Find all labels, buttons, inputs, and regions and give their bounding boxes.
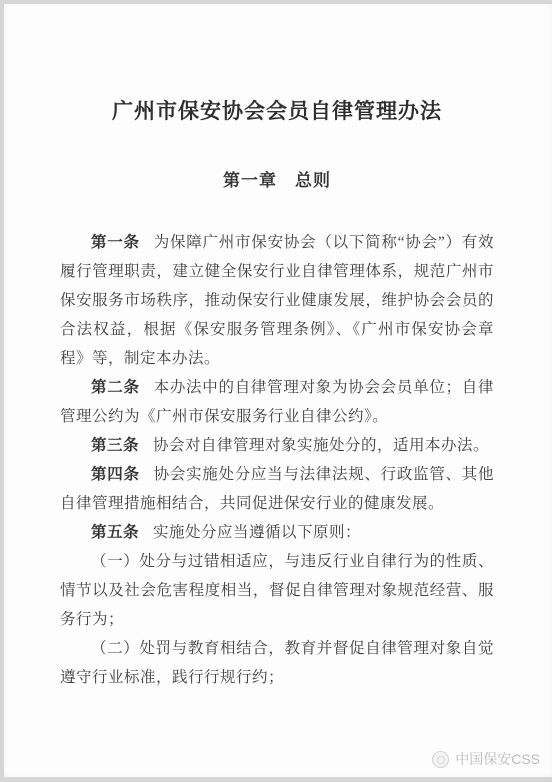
article-text: 协会对自律管理对象实施处分的，适用本办法。 — [153, 437, 489, 454]
csa-emblem-icon — [432, 751, 449, 768]
chapter-heading: 第一章 总则 — [60, 170, 494, 192]
article-number: 第二条 — [91, 379, 140, 396]
paragraph-article-3: 第三条协会对自律管理对象实施处分的，适用本办法。 — [60, 431, 494, 460]
paragraph-article-5: 第五条实施处分应当遵循以下原则： — [60, 518, 494, 547]
article-number: 第三条 — [91, 437, 139, 454]
article-text: 实施处分应当遵循以下原则： — [153, 524, 361, 541]
article-text: （一）处分与过错相适应，与违反行业自律行为的性质、情节以及社会危害程度相当，督促… — [60, 553, 494, 628]
article-number: 第一条 — [91, 234, 140, 251]
paragraph-item-1: （一）处分与过错相适应，与违反行业自律行为的性质、情节以及社会危害程度相当，督促… — [60, 547, 494, 634]
page-content: 广州市保安协会会员自律管理办法 第一章 总则 第一条为保障广州市保安协会（以下简… — [4, 4, 552, 692]
document-title: 广州市保安协会会员自律管理办法 — [60, 4, 494, 124]
watermark-label: 中国保安CSS — [455, 750, 540, 768]
document-page: 广州市保安协会会员自律管理办法 第一章 总则 第一条为保障广州市保安协会（以下简… — [4, 4, 552, 777]
document-body: 第一条为保障广州市保安协会（以下简称“协会”）有效履行管理职责，建立健全保安行业… — [60, 228, 494, 692]
watermark: 中国保安CSS — [432, 750, 540, 768]
paragraph-article-4: 第四条协会实施处分应当与法律法规、行政监管、其他自律管理措施相结合，共同促进保安… — [60, 460, 494, 518]
paragraph-article-1: 第一条为保障广州市保安协会（以下简称“协会”）有效履行管理职责，建立健全保安行业… — [60, 228, 494, 373]
scanned-document-image: { "page": { "title": "广州市保安协会会员自律管理办法", … — [0, 0, 552, 782]
article-text: （二）处罚与教育相结合，教育并督促自律管理对象自觉遵守行业标准，践行行规行约； — [60, 640, 494, 686]
article-number: 第五条 — [91, 524, 139, 541]
article-text: 为保障广州市保安协会（以下简称“协会”）有效履行管理职责，建立健全保安行业自律管… — [60, 234, 494, 367]
article-number: 第四条 — [91, 466, 140, 483]
paragraph-item-2: （二）处罚与教育相结合，教育并督促自律管理对象自觉遵守行业标准，践行行规行约； — [60, 634, 494, 692]
paragraph-article-2: 第二条本办法中的自律管理对象为协会会员单位；自律管理公约为《广州市保安服务行业自… — [60, 373, 494, 431]
